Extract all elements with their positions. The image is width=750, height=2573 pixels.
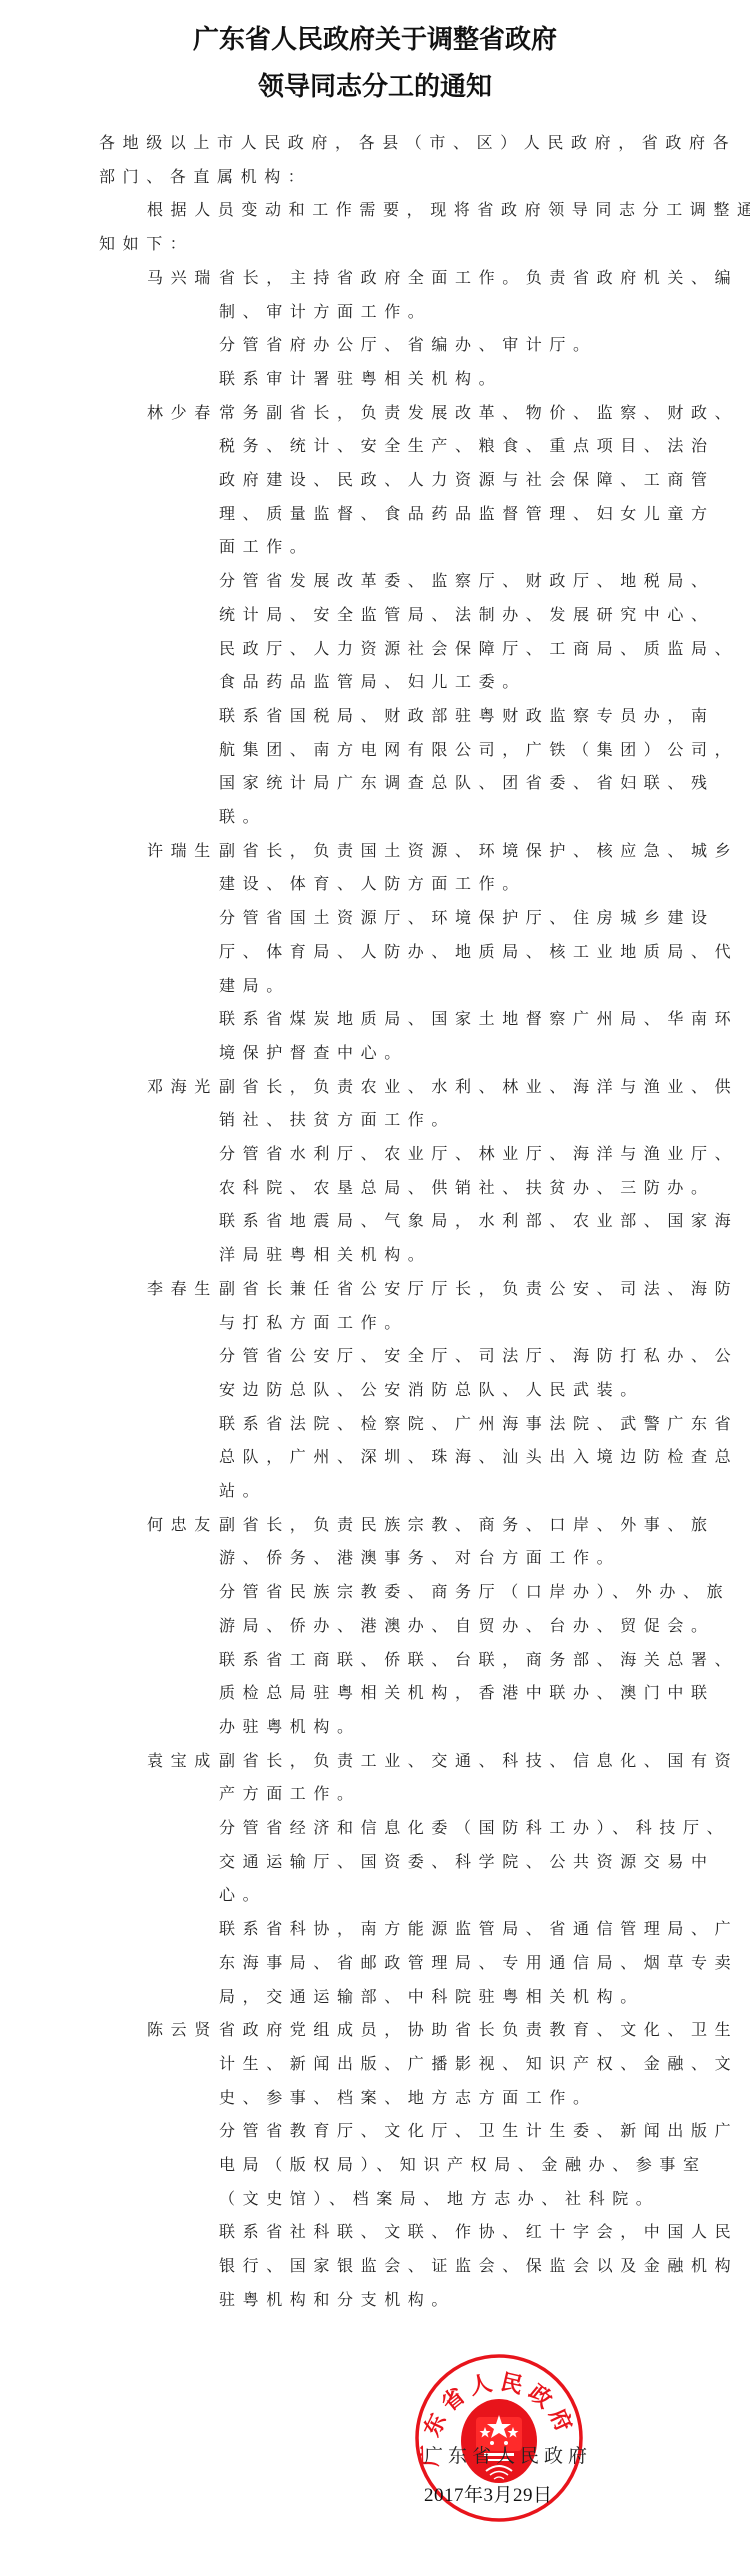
document-title-line-2: 领导同志分工的通知 — [0, 72, 750, 102]
issuer-name: 广东省人民政府 — [424, 2441, 574, 2468]
leader-duty-line: 食品药品监管局、妇儿工委。 — [219, 665, 526, 699]
leader-duty-line: 心。 — [219, 1878, 266, 1912]
leader-duty-line: 省政府党组成员，协助省长负责教育、文化、卫生 — [219, 2013, 738, 2047]
leader-duty-line: 联系审计署驻粤相关机构。 — [219, 362, 502, 396]
leader-duty-line: 联系省法院、检察院、广州海事法院、武警广东省 — [219, 1407, 738, 1441]
leader-duty-line: 东海事局、省邮政管理局、专用通信局、烟草专卖 — [219, 1946, 738, 1980]
leader-duty-line: 分管省国土资源厅、环境保护厅、住房城乡建设 — [219, 901, 715, 935]
leader-duty-line: 联系省国税局、财政部驻粤财政监察专员办，南 — [219, 699, 715, 733]
leader-duty-line: 交通运输厅、国资委、科学院、公共资源交易中 — [219, 1845, 715, 1879]
leader-duty-line: 分管省教育厅、文化厅、卫生计生委、新闻出版广 — [219, 2114, 738, 2148]
leader-duty-line: 副省长，负责民族宗教、商务、口岸、外事、旅 — [219, 1508, 715, 1542]
leader-duty-line: 税务、统计、安全生产、粮食、重点项目、法治 — [219, 429, 715, 463]
leader-duty-line: 质检总局驻粤相关机构，香港中联办、澳门中联 — [219, 1676, 715, 1710]
leader-duty-line: 办驻粤机构。 — [219, 1710, 361, 1744]
leader-duty-line: 分管省经济和信息化委（国防科工办）、科技厅、 — [219, 1811, 730, 1845]
leader-duty-line: 制、审计方面工作。 — [219, 295, 431, 329]
leader-duty-line: 销社、扶贫方面工作。 — [219, 1103, 455, 1137]
leader-duty-line: 站。 — [219, 1474, 266, 1508]
leader-duty-line: 局，交通运输部、中科院驻粤相关机构。 — [219, 1980, 644, 2014]
leader-duty-line: 厅、体育局、人防办、地质局、核工业地质局、代 — [219, 935, 738, 969]
leader-name: 袁宝成 — [147, 1744, 218, 1778]
salutation-line: 部门、各直属机构： — [99, 160, 311, 194]
leader-duty-line: 计生、新闻出版、广播影视、知识产权、金融、文 — [219, 2047, 738, 2081]
leader-duty-line: 总队，广州、深圳、珠海、汕头出入境边防检查总 — [219, 1440, 738, 1474]
leader-name: 林少春 — [147, 396, 218, 430]
leader-duty-line: 安边防总队、公安消防总队、人民武装。 — [219, 1373, 644, 1407]
salutation-line: 各地级以上市人民政府，各县（市、区）人民政府，省政府各 — [99, 126, 736, 160]
intro-line: 知如下： — [99, 227, 193, 261]
leader-duty-line: 常务副省长，负责发展改革、物价、监察、财政、 — [219, 396, 738, 430]
leader-duty-line: 分管省公安厅、安全厅、司法厅、海防打私办、公 — [219, 1339, 738, 1373]
intro-line: 根据人员变动和工作需要，现将省政府领导同志分工调整通 — [147, 193, 750, 227]
leader-duty-line: 游局、侨办、港澳办、自贸办、台办、贸促会。 — [219, 1609, 715, 1643]
leader-duty-line: 与打私方面工作。 — [219, 1306, 408, 1340]
leader-duty-line: 政府建设、民政、人力资源与社会保障、工商管 — [219, 463, 715, 497]
leader-name: 陈云贤 — [147, 2013, 218, 2047]
leader-duty-line: 联系省科协，南方能源监管局、省通信管理局、广 — [219, 1912, 738, 1946]
leader-duty-line: 联系省煤炭地质局、国家土地督察广州局、华南环 — [219, 1002, 738, 1036]
leader-duty-line: 洋局驻粤相关机构。 — [219, 1238, 431, 1272]
leader-duty-line: 电局（版权局）、知识产权局、金融办、参事室 — [219, 2148, 707, 2182]
leader-duty-line: 境保护督查中心。 — [219, 1036, 408, 1070]
leader-duty-line: 理、质量监督、食品药品监督管理、妇女儿童方 — [219, 497, 715, 531]
leader-name: 何忠友 — [147, 1508, 218, 1542]
leader-name: 许瑞生 — [147, 834, 218, 868]
leader-duty-line: 副省长兼任省公安厅厅长，负责公安、司法、海防 — [219, 1272, 738, 1306]
leader-duty-line: 联系省社科联、文联、作协、红十字会，中国人民 — [219, 2215, 738, 2249]
leader-name: 李春生 — [147, 1272, 218, 1306]
leader-duty-line: 建设、体育、人防方面工作。 — [219, 867, 526, 901]
leader-duty-line: 产方面工作。 — [219, 1777, 361, 1811]
leader-duty-line: 农科院、农垦总局、供销社、扶贫办、三防办。 — [219, 1171, 715, 1205]
leader-name: 马兴瑞 — [147, 261, 218, 295]
issue-date: 2017年3月29日 — [424, 2480, 553, 2507]
leader-duty-line: 分管省民族宗教委、商务厅（口岸办）、外办、旅 — [219, 1575, 730, 1609]
leader-duty-line: 副省长，负责农业、水利、林业、海洋与渔业、供 — [219, 1070, 738, 1104]
leader-duty-line: 民政厅、人力资源社会保障厅、工商局、质监局、 — [219, 632, 738, 666]
leader-duty-line: 驻粤机构和分支机构。 — [219, 2283, 455, 2317]
leader-duty-line: 统计局、安全监管局、法制办、发展研究中心、 — [219, 598, 715, 632]
leader-duty-line: 游、侨务、港澳事务、对台方面工作。 — [219, 1541, 620, 1575]
leader-duty-line: 副省长，负责工业、交通、科技、信息化、国有资 — [219, 1744, 738, 1778]
leader-duty-line: 联。 — [219, 800, 266, 834]
leader-duty-line: 分管省发展改革委、监察厅、财政厅、地税局、 — [219, 564, 715, 598]
leader-duty-line: 分管省府办公厅、省编办、审计厅。 — [219, 328, 597, 362]
leader-duty-line: 分管省水利厅、农业厅、林业厅、海洋与渔业厅、 — [219, 1137, 738, 1171]
leader-duty-line: 面工作。 — [219, 530, 313, 564]
leader-duty-line: 银行、国家银监会、证监会、保监会以及金融机构 — [219, 2249, 738, 2283]
document-page: 广东省人民政府关于调整省政府 领导同志分工的通知 各地级以上市人民政府，各县（市… — [0, 0, 750, 2573]
leader-duty-line: 航集团、南方电网有限公司，广铁（集团）公司， — [219, 733, 738, 767]
leader-duty-line: 联系省工商联、侨联、台联，商务部、海关总署、 — [219, 1643, 738, 1677]
leader-duty-line: 史、参事、档案、地方志方面工作。 — [219, 2081, 597, 2115]
leader-duty-line: （文史馆）、档案局、地方志办、社科院。 — [219, 2182, 659, 2216]
leader-duty-line: 建局。 — [219, 969, 290, 1003]
leader-duty-line: 省长，主持省政府全面工作。负责省政府机关、编 — [219, 261, 738, 295]
leader-duty-line: 国家统计局广东调查总队、团省委、省妇联、残 — [219, 766, 715, 800]
leader-duty-line: 联系省地震局、气象局，水利部、农业部、国家海 — [219, 1204, 738, 1238]
leader-duty-line: 副省长，负责国土资源、环境保护、核应急、城乡 — [219, 834, 738, 868]
document-title-line-1: 广东省人民政府关于调整省政府 — [0, 25, 750, 55]
leader-name: 邓海光 — [147, 1070, 218, 1104]
